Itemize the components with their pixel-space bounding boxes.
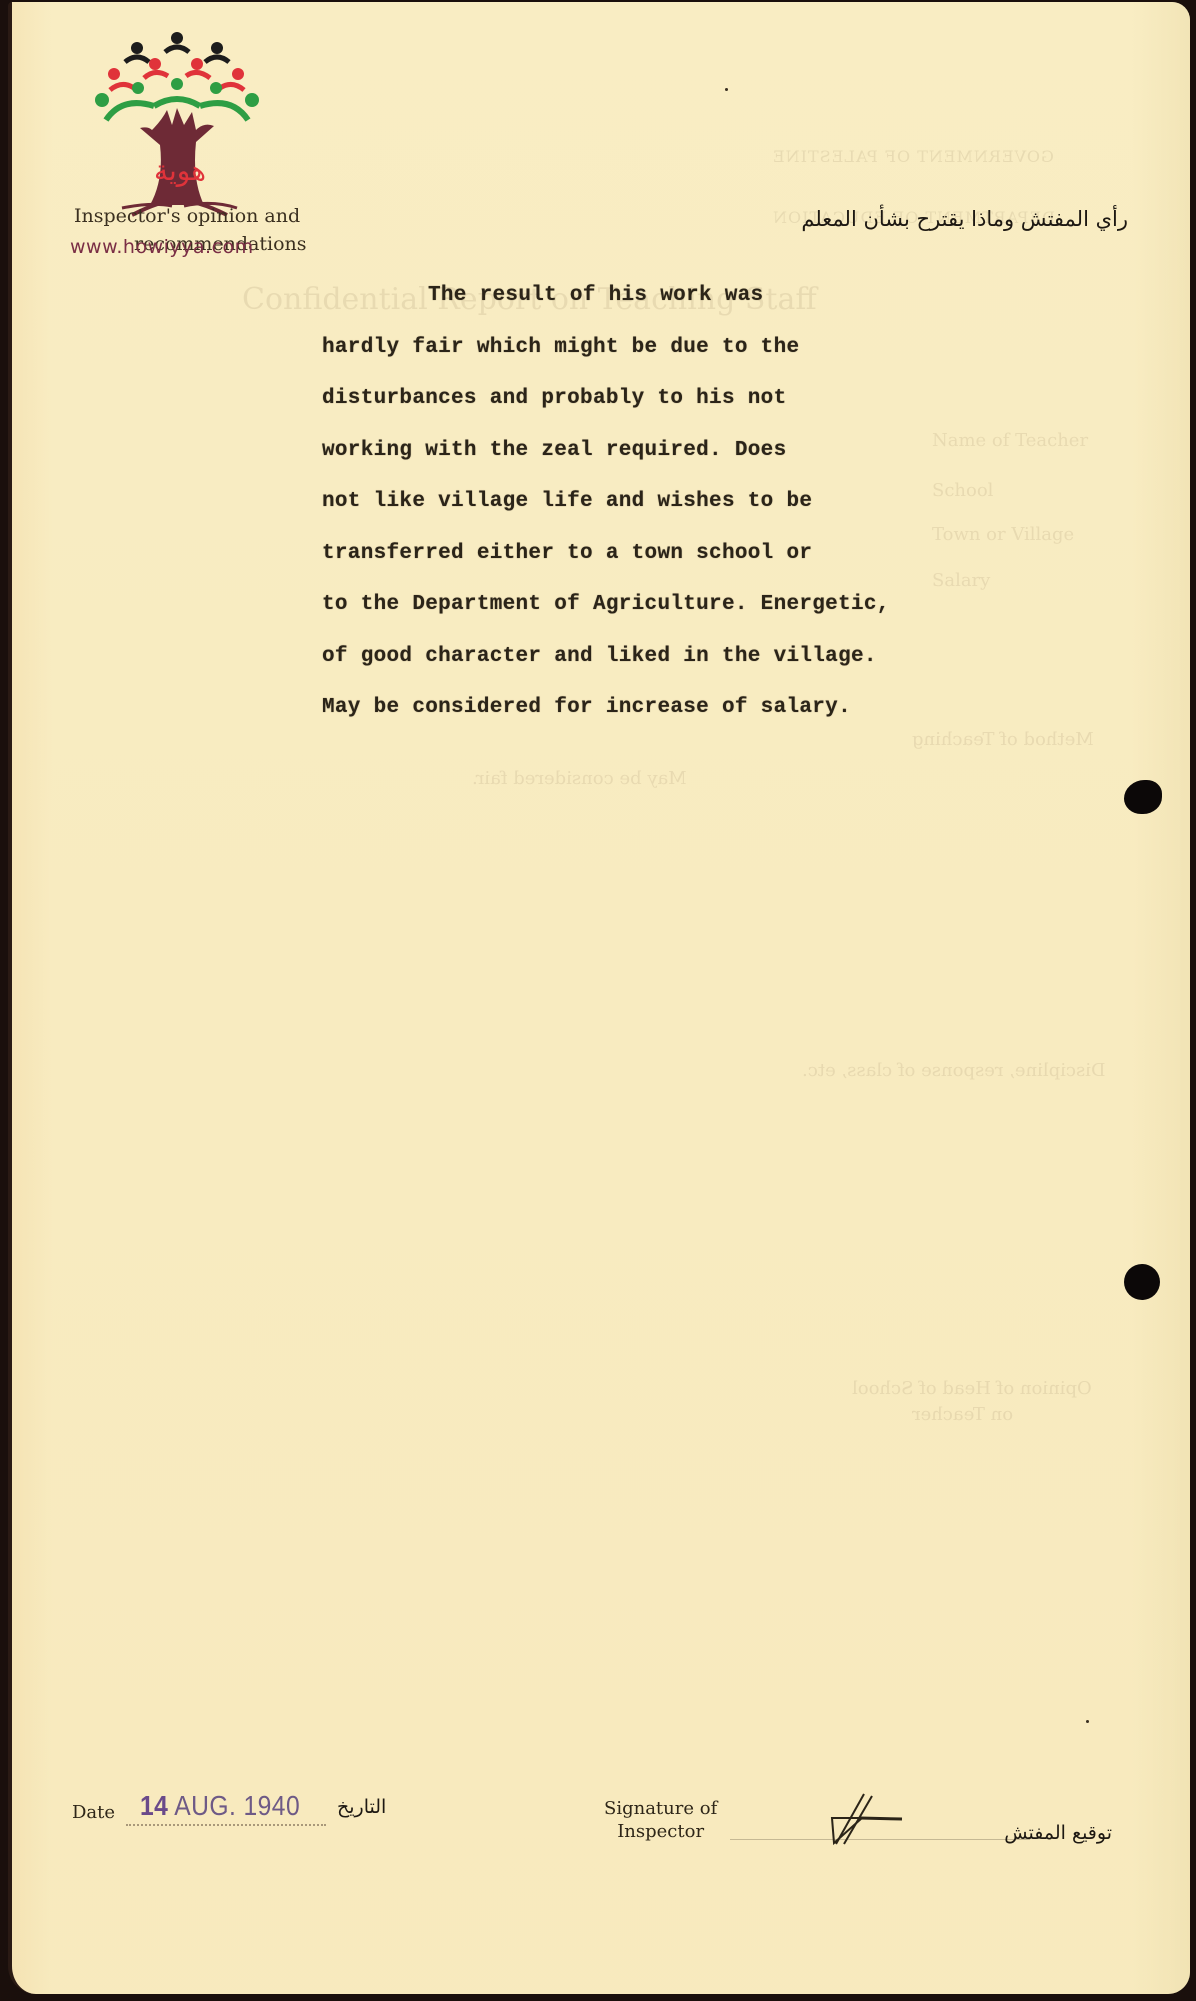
ghost-field-head-opinion-1: Opinion of Head of School <box>852 1378 1092 1399</box>
typed-report-body: The result of his work was hardly fair w… <box>322 270 890 734</box>
date-label: Date <box>72 1802 115 1823</box>
paper-speck <box>725 88 728 91</box>
section-label-line1: Inspector's opinion and <box>74 205 300 227</box>
typed-line: working with the zeal required. Does <box>322 425 890 477</box>
ghost-field-method-value: May be considered fair. <box>472 768 687 789</box>
ghost-field-village: Town or Village <box>932 524 1074 545</box>
punch-hole-icon <box>1124 1264 1160 1300</box>
typed-line: May be considered for increase of salary… <box>322 682 890 734</box>
typed-line: The result of his work was <box>322 270 890 322</box>
signature-label-line2: Inspector <box>604 1820 717 1843</box>
ghost-field-school: School <box>932 480 993 501</box>
typed-line: hardly fair which might be due to the <box>322 322 890 374</box>
date-dotted-line <box>126 1824 326 1826</box>
document-page: هوية GOVERNMENT OF PALESTINE DEPARTMENT … <box>8 2 1190 1994</box>
ghost-field-name: Name of Teacher <box>932 430 1088 451</box>
svg-text:هوية: هوية <box>154 154 206 187</box>
typed-line: not like village life and wishes to be <box>322 476 890 528</box>
typed-line: disturbances and probably to his not <box>322 373 890 425</box>
watermark-url: www.howiyya.com <box>70 236 254 258</box>
howiyya-logo-icon: هوية <box>92 30 262 220</box>
paper-speck <box>1086 1720 1089 1723</box>
signature-label-ar: توقيع المفتش <box>1004 1822 1112 1844</box>
typed-line: transferred either to a town school or <box>322 528 890 580</box>
date-stamp-month-year: AUG. 1940 <box>174 1790 300 1821</box>
punch-hole-icon <box>1124 780 1162 814</box>
date-stamp-day: 14 <box>140 1790 168 1821</box>
section-label-opinion-ar: رأي المفتش وماذا يقترح بشأن المعلم <box>801 207 1128 231</box>
ghost-field-discipline: Discipline, response of class, etc. <box>802 1060 1105 1081</box>
signature-label-line1: Signature of <box>604 1797 717 1820</box>
ghost-header-1: GOVERNMENT OF PALESTINE <box>772 147 1054 166</box>
signature-label: Signature of Inspector <box>604 1797 717 1843</box>
ghost-field-head-opinion-2: on Teacher <box>912 1404 1013 1425</box>
inspector-signature-icon <box>822 1788 922 1848</box>
ghost-field-salary: Salary <box>932 570 990 591</box>
date-stamp: 14 AUG. 1940 <box>140 1790 300 1822</box>
typed-line: to the Department of Agriculture. Energe… <box>322 579 890 631</box>
date-label-ar: التاريخ <box>337 1796 386 1818</box>
typed-line: of good character and liked in the villa… <box>322 631 890 683</box>
ghost-field-method: Method of Teaching <box>912 729 1094 750</box>
